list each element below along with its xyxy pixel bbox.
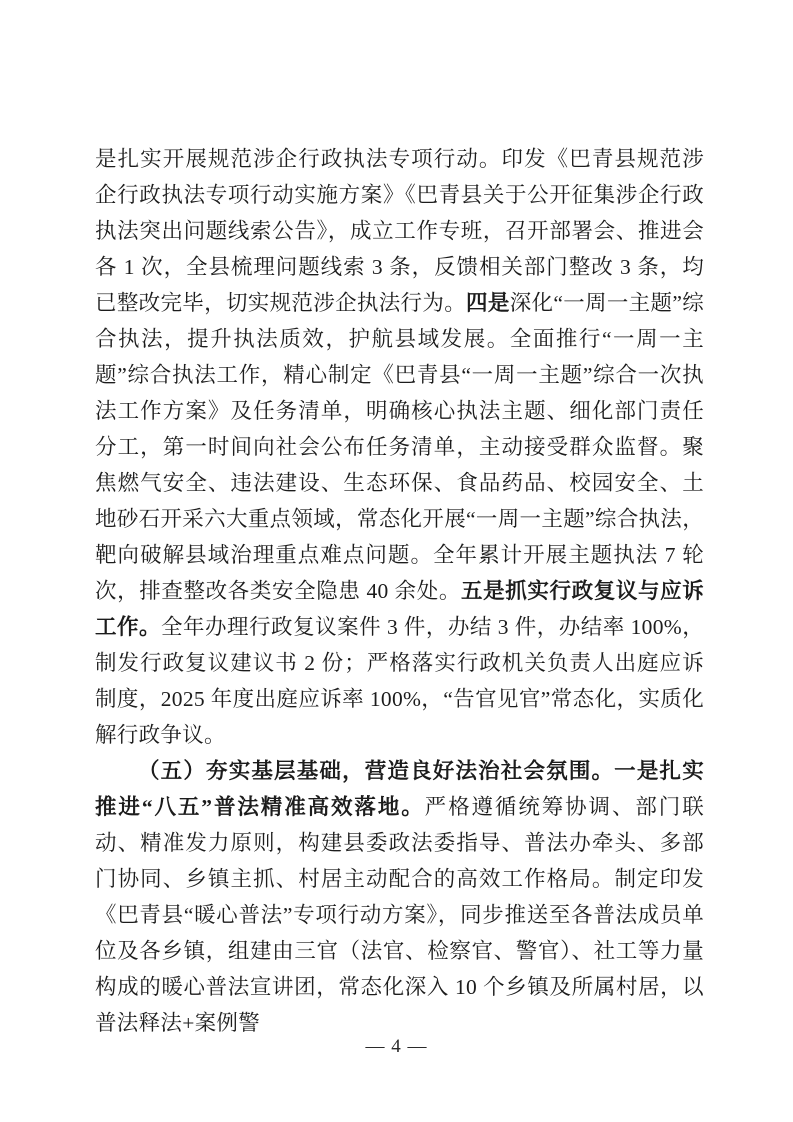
document-body: 是扎实开展规范涉企行政执法专项行动。印发《巴青县规范涉企行政执法专项行动实施方案…	[95, 141, 704, 1041]
text-run: 是扎实开展规范涉企行政执法专项行动。印发《巴青县规范涉企行政执法专项行动实施方案…	[95, 147, 704, 315]
paragraph: （五）夯实基层基础，营造良好法治社会氛围。一是扎实推进“八五”普法精准高效落地。…	[95, 753, 704, 1041]
text-run: 严格遵循统筹协调、部门联动、精准发力原则，构建县委政法委指导、普法办牵头、多部门…	[95, 795, 704, 1035]
text-run: 深化“一周一主题”综合执法，提升执法质效，护航县域发展。全面推行“一周一主题”综…	[95, 291, 704, 603]
text-run: 全年办理行政复议案件 3 件，办结 3 件，办结率 100%，制发行政复议建议书…	[95, 615, 704, 747]
bold-text-run: 四是	[466, 291, 510, 315]
page-number: — 4 —	[0, 1033, 793, 1061]
paragraph: 是扎实开展规范涉企行政执法专项行动。印发《巴青县规范涉企行政执法专项行动实施方案…	[95, 141, 704, 753]
document-page: 是扎实开展规范涉企行政执法专项行动。印发《巴青县规范涉企行政执法专项行动实施方案…	[0, 0, 793, 1122]
bold-text-run: （五）夯实基层基础，营造良好法治社会氛围。	[138, 759, 614, 783]
